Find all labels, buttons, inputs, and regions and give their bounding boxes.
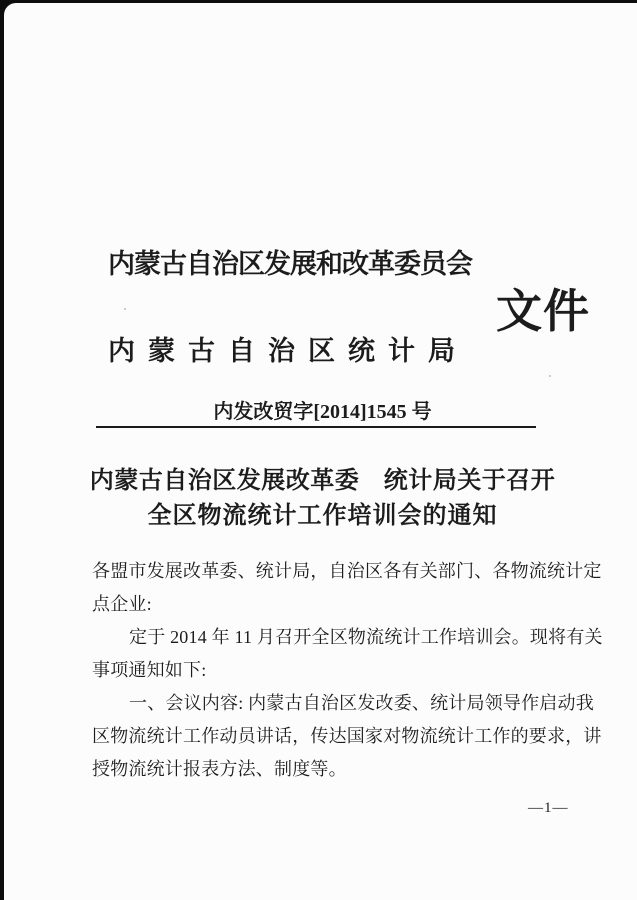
scan-speckle <box>124 308 126 310</box>
body-line: 各盟市发展改革委、统计局，自治区各有关部门、各物流统计定 <box>92 555 602 588</box>
body-line: 授物流统计报表方法、制度等。 <box>92 753 602 786</box>
header-divider-line <box>96 426 536 428</box>
document-page: 内蒙古自治区发展和改革委员会 文件 内蒙古自治区统计局 内发改贸字[2014]1… <box>4 3 637 900</box>
body-line: 一、会议内容: 内蒙古自治区发改委、统计局领导作启动我 <box>92 687 602 720</box>
page-number: —1— <box>528 800 569 817</box>
document-title-line-1: 内蒙古自治区发展改革委 统计局关于召开 <box>4 460 637 495</box>
scan-speckle <box>549 375 551 377</box>
body-line: 区物流统计工作动员讲话，传达国家对物流统计工作的要求，讲 <box>92 720 602 753</box>
issuing-org-primary: 内蒙古自治区发展和改革委员会 <box>108 242 472 281</box>
body-line: 点企业: <box>92 588 602 621</box>
issuing-org-secondary: 内蒙古自治区统计局 <box>108 329 468 368</box>
body-line: 定于 2014 年 11 月召开全区物流统计工作培训会。现将有关 <box>92 621 602 654</box>
body-line: 事项通知如下: <box>92 654 602 687</box>
doc-type-label: 文件 <box>496 275 590 341</box>
document-body: 各盟市发展改革委、统计局，自治区各有关部门、各物流统计定 点企业: 定于 201… <box>92 555 602 786</box>
scanned-document: 内蒙古自治区发展和改革委员会 文件 内蒙古自治区统计局 内发改贸字[2014]1… <box>0 0 637 900</box>
document-number: 内发改贸字[2014]1545 号 <box>4 395 637 424</box>
document-title-line-2: 全区物流统计工作培训会的通知 <box>4 495 637 530</box>
